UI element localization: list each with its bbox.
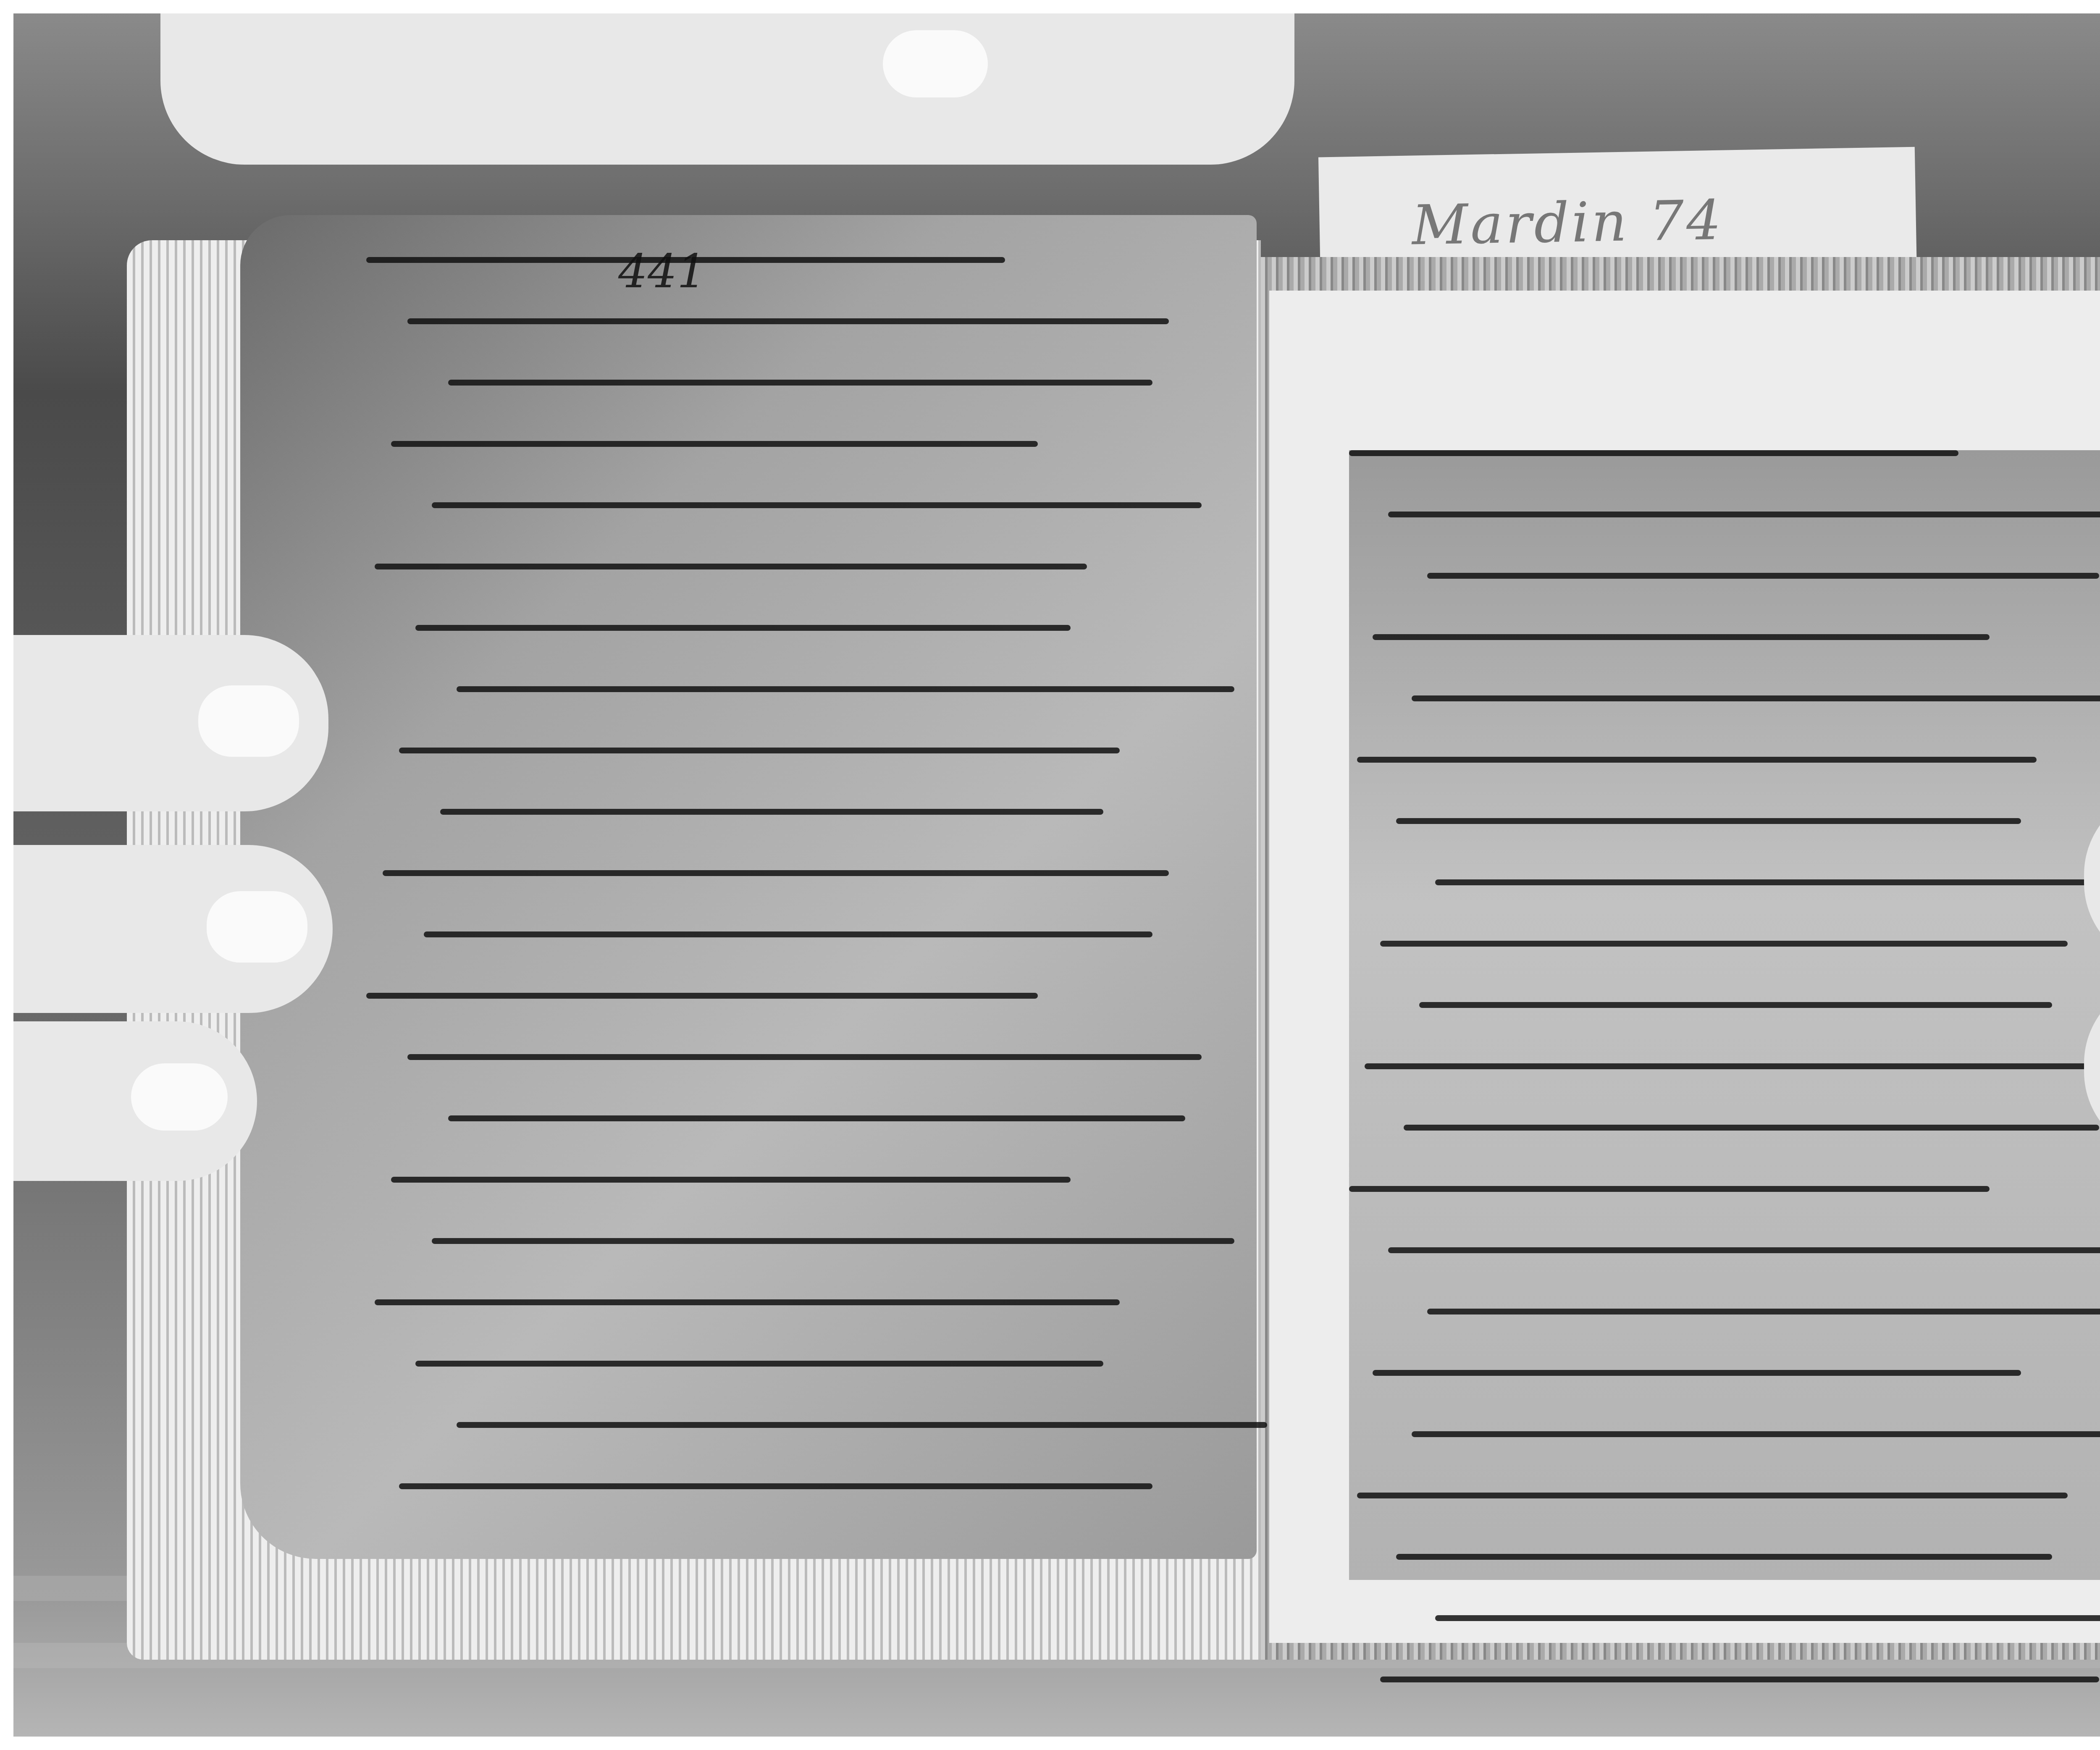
script-line (1419, 1002, 2052, 1008)
script-line (383, 870, 1169, 876)
script-line (1396, 818, 2021, 824)
script-line (407, 1054, 1202, 1060)
script-line (399, 1483, 1152, 1489)
script-line (440, 809, 1104, 815)
script-line (1427, 1309, 2100, 1314)
script-line (399, 748, 1120, 753)
script-line (432, 502, 1202, 508)
script-line (415, 625, 1071, 631)
script-line (391, 441, 1038, 447)
script-line (1349, 450, 1958, 456)
script-line (415, 1361, 1103, 1367)
left-page-text (366, 257, 1185, 1391)
script-line (1404, 1125, 2099, 1131)
manuscript-book: 441 140 (127, 190, 2100, 1677)
right-page: 140 (1269, 291, 2100, 1643)
script-line (1388, 1247, 2100, 1253)
right-page-text (1349, 450, 2100, 1580)
script-line (457, 686, 1235, 692)
script-line (1388, 512, 2100, 517)
finger-left-2 (13, 845, 333, 1013)
left-page: 441 (240, 215, 1257, 1559)
script-line (424, 931, 1153, 937)
script-line (1373, 1370, 2021, 1376)
thumbnail (883, 30, 988, 97)
script-line (375, 564, 1087, 569)
script-line (1349, 1186, 1990, 1192)
script-line (432, 1238, 1234, 1244)
script-line (391, 1177, 1071, 1183)
finger-left-1 (13, 635, 328, 811)
script-line (375, 1299, 1120, 1305)
script-line (1396, 1554, 2052, 1560)
photo-frame: Mardin 74 441 140 (13, 13, 2100, 1737)
script-line (1357, 1493, 2068, 1498)
script-line (1380, 941, 2068, 947)
hand-top (160, 13, 1294, 165)
script-line (407, 318, 1169, 324)
script-line (1412, 695, 2100, 701)
script-line (1412, 1431, 2100, 1437)
script-line (366, 993, 1038, 999)
script-line (1365, 1063, 2100, 1069)
script-line (457, 1422, 1268, 1428)
script-line (1435, 1615, 2100, 1621)
script-line (448, 1115, 1185, 1121)
script-line (448, 380, 1152, 386)
script-line (366, 257, 1005, 263)
script-line (1435, 879, 2100, 885)
script-line (1427, 573, 2099, 579)
script-line (1357, 757, 2037, 763)
script-line (1380, 1677, 2099, 1682)
finger-left-3 (13, 1021, 257, 1181)
script-line (1373, 634, 1990, 640)
